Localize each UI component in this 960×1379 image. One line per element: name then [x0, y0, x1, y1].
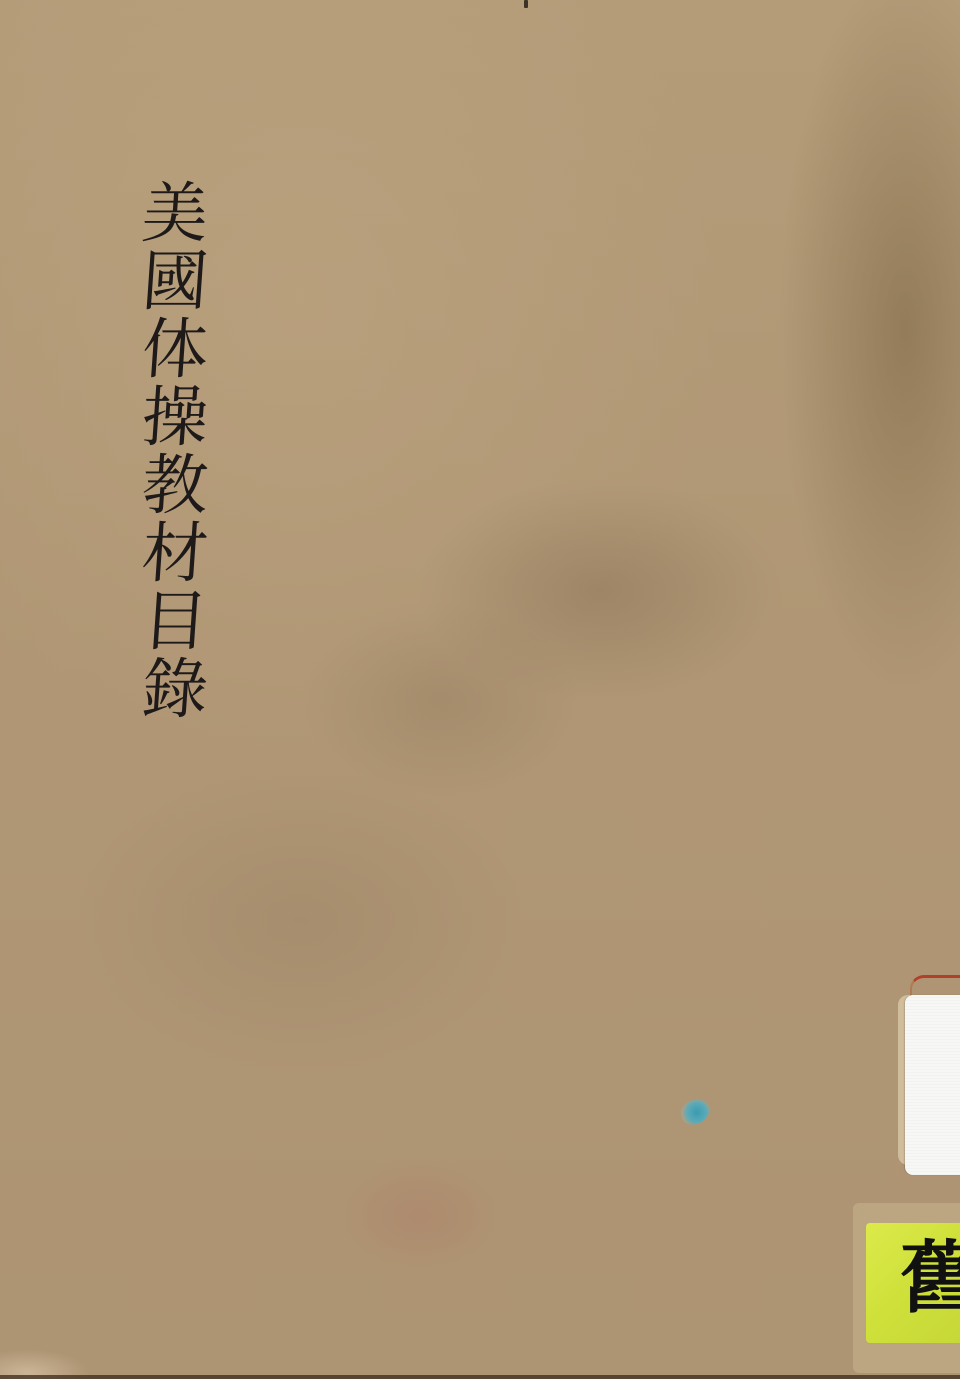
- book-cover: 美 國 体 操 教 材 目 錄 舊: [0, 0, 960, 1379]
- green-library-label: 舊: [866, 1223, 960, 1343]
- cover-bottom-edge: [0, 1375, 960, 1379]
- title-char: 操: [140, 384, 211, 452]
- title-char: 体: [140, 316, 211, 384]
- title-char: 教: [140, 452, 211, 520]
- title-char: 目: [140, 588, 211, 656]
- title-char: 材: [140, 520, 211, 588]
- handwritten-title: 美 國 体 操 教 材 目 錄: [120, 180, 230, 724]
- title-char: 國: [140, 248, 211, 316]
- top-ink-mark: [524, 0, 528, 8]
- blue-stain-mark: [676, 1095, 713, 1129]
- title-char: 美: [140, 180, 211, 248]
- green-label-text: 舊: [900, 1229, 960, 1329]
- white-library-label: [905, 995, 960, 1175]
- title-char: 錄: [140, 656, 211, 724]
